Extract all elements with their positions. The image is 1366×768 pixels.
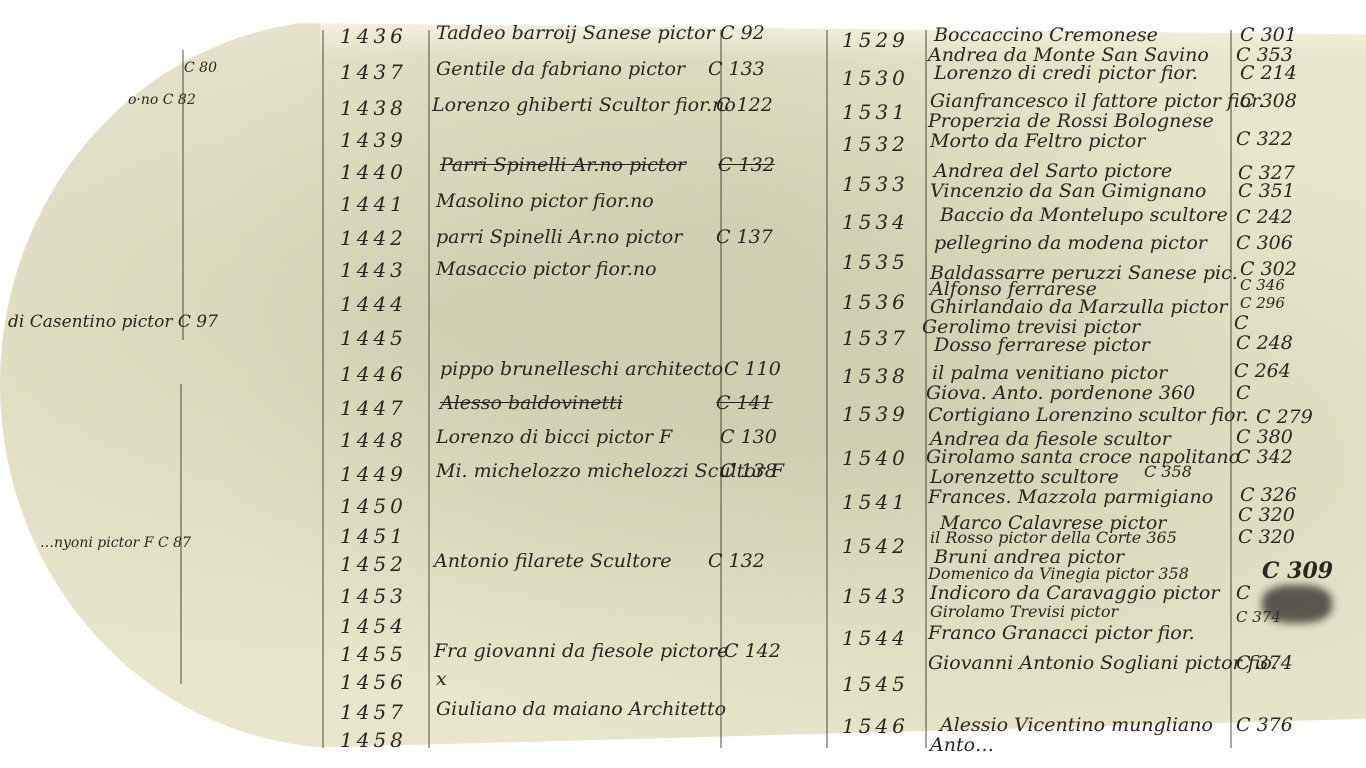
year: 1455 xyxy=(340,642,407,666)
artist-name: parri Spinelli Ar.no pictor xyxy=(436,226,682,248)
reference: C 264 xyxy=(1234,360,1291,382)
reference: C 380 xyxy=(1236,426,1293,448)
column-rule-6 xyxy=(1230,30,1232,748)
artist-name: Fra giovanni da fiesole pictore xyxy=(434,640,728,662)
reference: C 133 xyxy=(708,58,765,80)
artist-name: Alessio Vicentino mungliano xyxy=(940,714,1213,736)
artist-name: Ghirlandaio da Marzulla pictor xyxy=(930,296,1227,318)
year: 1442 xyxy=(340,226,407,250)
year: 1453 xyxy=(340,584,407,608)
year: 1438 xyxy=(340,96,407,120)
year: 1448 xyxy=(340,428,407,452)
reference: C 122 xyxy=(716,94,773,116)
reference: C 358 xyxy=(1144,462,1192,481)
reference: C 132 xyxy=(708,550,765,572)
year: 1543 xyxy=(842,584,909,608)
artist-name: Masolino pictor fior.no xyxy=(436,190,654,212)
reference: C 110 xyxy=(724,358,781,380)
artist-name: Domenico da Vinegia pictor 358 xyxy=(928,564,1189,583)
reference: C 342 xyxy=(1236,446,1293,468)
year: 1440 xyxy=(340,160,407,184)
artist-name: Girolamo Trevisi pictor xyxy=(930,602,1118,621)
year: 1544 xyxy=(842,626,909,650)
artist-name: Boccaccino Cremonese xyxy=(934,24,1158,46)
artist-name: Antonio filarete Scultore xyxy=(434,550,672,572)
year: 1545 xyxy=(842,672,909,696)
artist-name: Giovanni Antonio Sogliani pictor fio. xyxy=(928,652,1278,674)
year: 1445 xyxy=(340,326,407,350)
reference: C 346 xyxy=(1240,276,1285,294)
margin-entry: di Casentino pictor C 97 xyxy=(8,312,218,332)
margin-entry: …nyoni pictor F C 87 xyxy=(40,535,191,551)
reference: C 320 xyxy=(1238,504,1295,526)
reference: C 376 xyxy=(1236,714,1293,736)
reference: C 309 xyxy=(1262,558,1333,584)
year: 1447 xyxy=(340,396,407,420)
year: 1444 xyxy=(340,292,407,316)
year: 1532 xyxy=(842,132,909,156)
year: 1542 xyxy=(842,534,909,558)
year: 1535 xyxy=(842,250,909,274)
artist-name: pippo brunelleschi architecto xyxy=(440,358,723,380)
artist-name: Lorenzo ghiberti Scultor fior.no xyxy=(432,94,736,116)
artist-name: il palma venitiano pictor xyxy=(932,362,1167,384)
artist-name: Properzia de Rossi Bolognese xyxy=(928,110,1214,132)
artist-name: Gentile da fabriano pictor xyxy=(436,58,685,80)
year: 1534 xyxy=(842,210,909,234)
reference: C xyxy=(1236,582,1251,604)
year: 1540 xyxy=(842,446,909,470)
year: 1457 xyxy=(340,700,407,724)
reference: C xyxy=(1236,382,1251,404)
year: 1536 xyxy=(842,290,909,314)
reference: C 92 xyxy=(720,22,765,44)
artist-name: Lorenzo di credi pictor fior. xyxy=(934,62,1198,84)
year: 1449 xyxy=(340,462,407,486)
year: 1537 xyxy=(842,326,909,350)
artist-name: Indicoro da Caravaggio pictor xyxy=(930,582,1219,604)
year: 1539 xyxy=(842,402,909,426)
year: 1546 xyxy=(842,714,909,738)
reference: C 279 xyxy=(1256,406,1313,428)
year: 1541 xyxy=(842,490,909,514)
reference: C 142 xyxy=(724,640,781,662)
year: 1446 xyxy=(340,362,407,386)
reference: C 374 xyxy=(1236,652,1293,674)
reference: C 320 xyxy=(1238,526,1295,548)
ink-blot xyxy=(1262,585,1332,623)
reference: C 301 xyxy=(1240,24,1297,46)
year: 1450 xyxy=(340,494,407,518)
artist-name: Girolamo santa croce napolitano xyxy=(926,446,1240,468)
year: 1439 xyxy=(340,128,407,152)
artist-name: Dosso ferrarese pictor xyxy=(934,334,1150,356)
year: 1454 xyxy=(340,614,407,638)
artist-name-struck: Alesso baldovinetti xyxy=(440,392,623,414)
margin-rule-lower xyxy=(180,384,182,684)
reference-struck: C 132 xyxy=(718,154,775,176)
year: 1458 xyxy=(340,728,407,752)
year: 1531 xyxy=(842,100,909,124)
manuscript-sheet: C 80 o·no C 82 di Casentino pictor C 97 … xyxy=(0,0,1366,768)
artist-name-struck: Parri Spinelli Ar.no pictor xyxy=(440,154,686,176)
artist-name: Masaccio pictor fior.no xyxy=(436,258,657,280)
artist-name: il Rosso pictor della Corte 365 xyxy=(930,528,1177,547)
year: 1452 xyxy=(340,552,407,576)
artist-name: Lorenzo di bicci pictor F xyxy=(436,426,672,448)
reference: C 137 xyxy=(716,226,773,248)
reference: C 322 xyxy=(1236,128,1293,150)
year: 1530 xyxy=(842,66,909,90)
column-rule-2 xyxy=(428,30,430,748)
column-rule-1 xyxy=(322,30,324,748)
artist-name: Frances. Mazzola parmigiano xyxy=(928,486,1213,508)
year: 1533 xyxy=(842,172,909,196)
artist-name: Andrea del Sarto pictore xyxy=(934,160,1172,182)
year: 1529 xyxy=(842,28,909,52)
artist-name: pellegrino da modena pictor xyxy=(934,232,1207,254)
column-rule-4 xyxy=(826,30,828,748)
year: 1441 xyxy=(340,192,407,216)
reference: C 296 xyxy=(1240,294,1285,312)
artist-name: Cortigiano Lorenzino scultor fior. xyxy=(928,404,1249,426)
artist-name: Giova. Anto. pordenone 360 xyxy=(926,382,1195,404)
artist-name: Morto da Feltro pictor xyxy=(930,130,1145,152)
artist-name: Taddeo barroij Sanese pictor xyxy=(436,22,715,44)
year: 1456 xyxy=(340,670,407,694)
reference: C 138 xyxy=(720,460,777,482)
reference: C xyxy=(1234,312,1249,334)
year: 1436 xyxy=(340,24,407,48)
year: 1538 xyxy=(842,364,909,388)
artist-name: Baccio da Montelupo scultore xyxy=(940,204,1228,226)
reference: C 306 xyxy=(1236,232,1293,254)
artist-name: Gianfrancesco il fattore pictor fior. xyxy=(930,90,1264,112)
year: 1443 xyxy=(340,258,407,282)
reference: C 214 xyxy=(1240,62,1297,84)
reference: C 351 xyxy=(1238,180,1295,202)
reference: C 326 xyxy=(1240,484,1297,506)
artist-name: Vincenzio da San Gimignano xyxy=(930,180,1206,202)
artist-name: Franco Granacci pictor fior. xyxy=(928,622,1195,644)
reference: C 242 xyxy=(1236,206,1293,228)
year: 1437 xyxy=(340,60,407,84)
artist-name: Anto… xyxy=(930,734,994,756)
reference-struck: C 141 xyxy=(716,392,773,414)
artist-name: Lorenzetto scultore xyxy=(930,466,1119,488)
reference: C 248 xyxy=(1236,332,1293,354)
artist-name: Giuliano da maiano Architetto xyxy=(436,698,726,720)
margin-entry: o·no C 82 xyxy=(128,92,196,108)
margin-entry: C 80 xyxy=(184,60,217,76)
year: 1451 xyxy=(340,524,407,548)
reference: C 308 xyxy=(1240,90,1297,112)
artist-name: x xyxy=(436,668,447,690)
reference: C 130 xyxy=(720,426,777,448)
